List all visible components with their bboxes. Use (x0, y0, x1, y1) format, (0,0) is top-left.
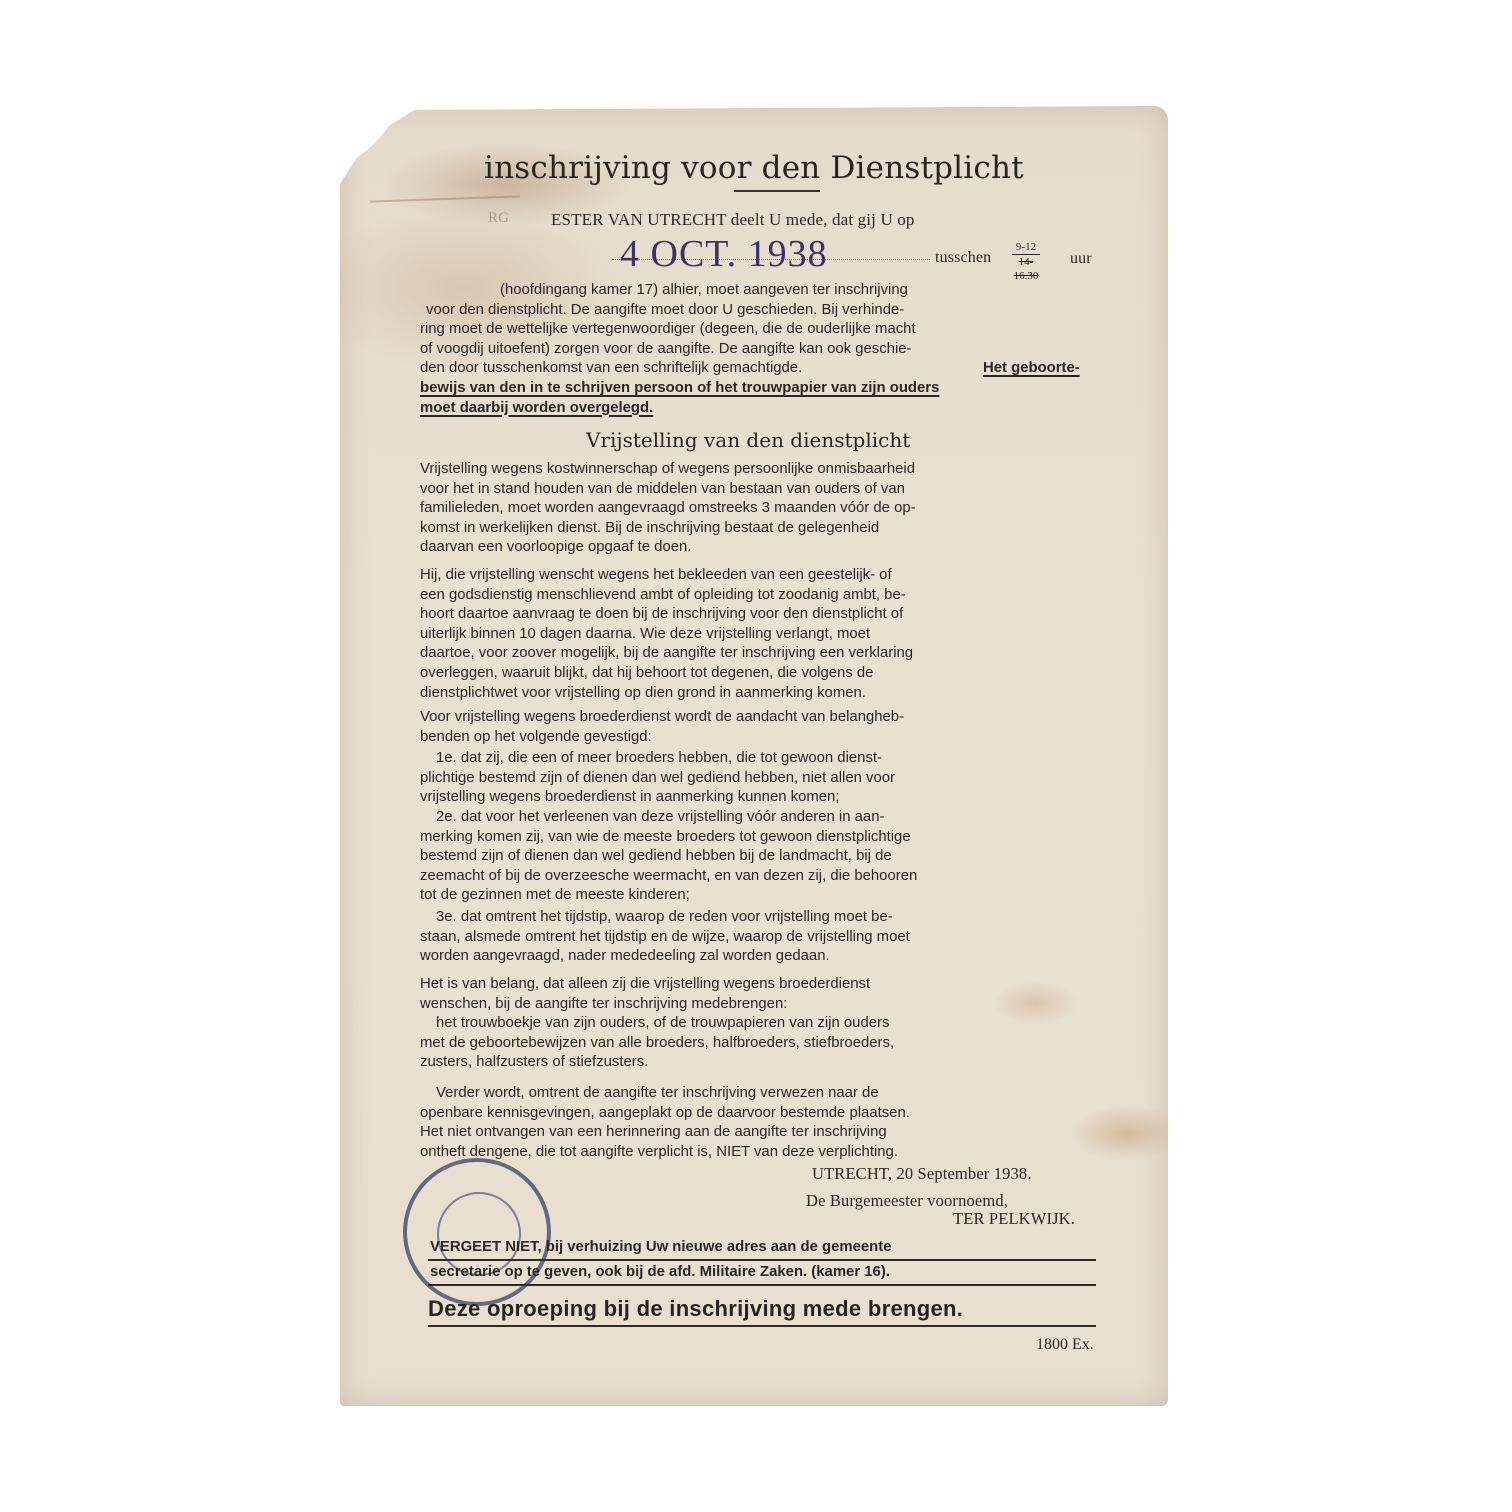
item-1-line: plichtige bestemd zijn of dienen dan wel… (420, 769, 895, 786)
broederdienst-line: benden op het volgende gevestigd: (420, 728, 652, 745)
reminder-rule-1 (428, 1259, 1096, 1261)
para1-line: (hoofdingang kamer 17) alhier, moet aang… (500, 281, 908, 298)
reminder-rule-2 (428, 1284, 1096, 1286)
signatory-title: De Burgemeester voornoemd, (806, 1191, 1008, 1211)
item-2-line: zeemacht of bij de overzeesche weermacht… (420, 867, 917, 884)
para1-line: ring moet de wettelijke vertegenwoordige… (420, 320, 916, 337)
kostwinner-line: komst in werkelijken dienst. Bij de insc… (420, 519, 879, 536)
date-stamp: 4 OCT. 1938 (620, 232, 828, 276)
geestelijk-line: een godsdienstig menschlievend ambt of o… (420, 586, 906, 603)
item-1-line: vrijstelling wegens broederdienst in aan… (420, 788, 839, 805)
time-range-morning: 9-12 (1012, 240, 1040, 255)
kostwinner-line: familieleden, moet worden aangevraagd om… (420, 499, 916, 516)
time-label: tusschen (935, 249, 991, 267)
item-3-line: worden aangevraagd, nader mededeeling za… (420, 947, 830, 964)
item-3-line: 3e. dat omtrent het tijdstip, waarop de … (436, 908, 893, 925)
closing-line: Deze oproeping bij de inschrijving mede … (428, 1296, 963, 1322)
para1-line: voor den dienstplicht. De aangifte moet … (426, 301, 904, 318)
reminder-line-2: secretarie op te geven, ook bij de afd. … (430, 1263, 890, 1280)
geestelijk-line: uiterlijk binnen 10 dagen daarna. Wie de… (420, 625, 870, 642)
emphasis-line: bewijs van den in te schrijven persoon o… (420, 379, 939, 396)
documents-line: wenschen, bij de aangifte ter inschrijvi… (420, 995, 787, 1012)
signatory-name: TER PELKWIJK. (953, 1209, 1075, 1229)
time-unit: uur (1070, 250, 1092, 268)
geestelijk-line: dienstplichtwet voor vrijstelling op die… (420, 684, 866, 701)
emphasis-line: Het geboorte- (983, 359, 1080, 376)
time-range-afternoon-struck: 14-16.30 (1012, 255, 1040, 283)
geestelijk-line: overleggen, waaruit blijkt, dat hij beho… (420, 664, 873, 681)
kostwinner-line: voor het in stand houden van de middelen… (420, 480, 905, 497)
item-2-line: 2e. dat voor het verleenen van deze vrij… (436, 808, 884, 825)
item-2-line: merking komen zij, van wie de meeste bro… (420, 828, 911, 845)
item-2-line: tot de gezinnen met de meeste kinderen; (420, 886, 690, 903)
item-2-line: bestemd zijn of dienen dan wel gediend h… (420, 847, 892, 864)
print-run: 1800 Ex. (1036, 1336, 1094, 1354)
notice-line: Het niet ontvangen van een herinnering a… (420, 1123, 887, 1140)
title-rule (734, 190, 820, 192)
geestelijk-line: daartoe, voor zoover mogelijk, bij de aa… (420, 644, 913, 661)
intro-line: ESTER VAN UTRECHT deelt U mede, dat gij … (551, 210, 915, 230)
kostwinner-line: daarvan een voorloopige opgaaf te doen. (420, 538, 691, 555)
item-1-line: 1e. dat zij, die een of meer broeders he… (436, 749, 882, 766)
place-date: UTRECHT, 20 September 1938. (812, 1164, 1032, 1184)
documents-line: met de geboortebewijzen van alle broeder… (420, 1034, 894, 1051)
notice-line: Verder wordt, omtrent de aangifte ter in… (436, 1084, 879, 1101)
geestelijk-line: Hij, die vrijstelling wenscht wegens het… (420, 566, 892, 583)
section-heading: Vrijstelling van den dienstplicht (586, 428, 910, 452)
closing-rule (428, 1325, 1096, 1327)
broederdienst-line: Voor vrijstelling wegens broederdienst w… (420, 708, 904, 725)
document-title: inschrijving voor den Dienstplicht (484, 150, 1024, 186)
faded-text: RG (488, 210, 509, 227)
documents-line: Het is van belang, dat alleen zij die vr… (420, 975, 870, 992)
geestelijk-line: hoort daartoe aanvraag te doen bij de in… (420, 605, 903, 622)
kostwinner-line: Vrijstelling wegens kostwinnerschap of w… (420, 460, 915, 477)
para1-line: den door tusschenkomst van een schriftel… (420, 359, 802, 376)
notice-line: openbare kennisgevingen, aangeplakt op d… (420, 1104, 910, 1121)
emphasis-line: moet daarbij worden overgelegd. (420, 399, 653, 416)
item-3-line: staan, alsmede omtrent het tijdstip en d… (420, 928, 910, 945)
time-fraction: 9-12 14-16.30 (1012, 240, 1040, 283)
reminder-line-1: VERGEET NIET, bij verhuizing Uw nieuwe a… (430, 1238, 892, 1255)
documents-line: het trouwboekje van zijn ouders, of de t… (436, 1014, 889, 1031)
documents-line: zusters, halfzusters of stiefzusters. (420, 1053, 648, 1070)
para1-line: of voogdij uitoefent) zorgen voor de aan… (420, 340, 911, 357)
notice-line: ontheft dengene, die tot aangifte verpli… (420, 1143, 898, 1160)
